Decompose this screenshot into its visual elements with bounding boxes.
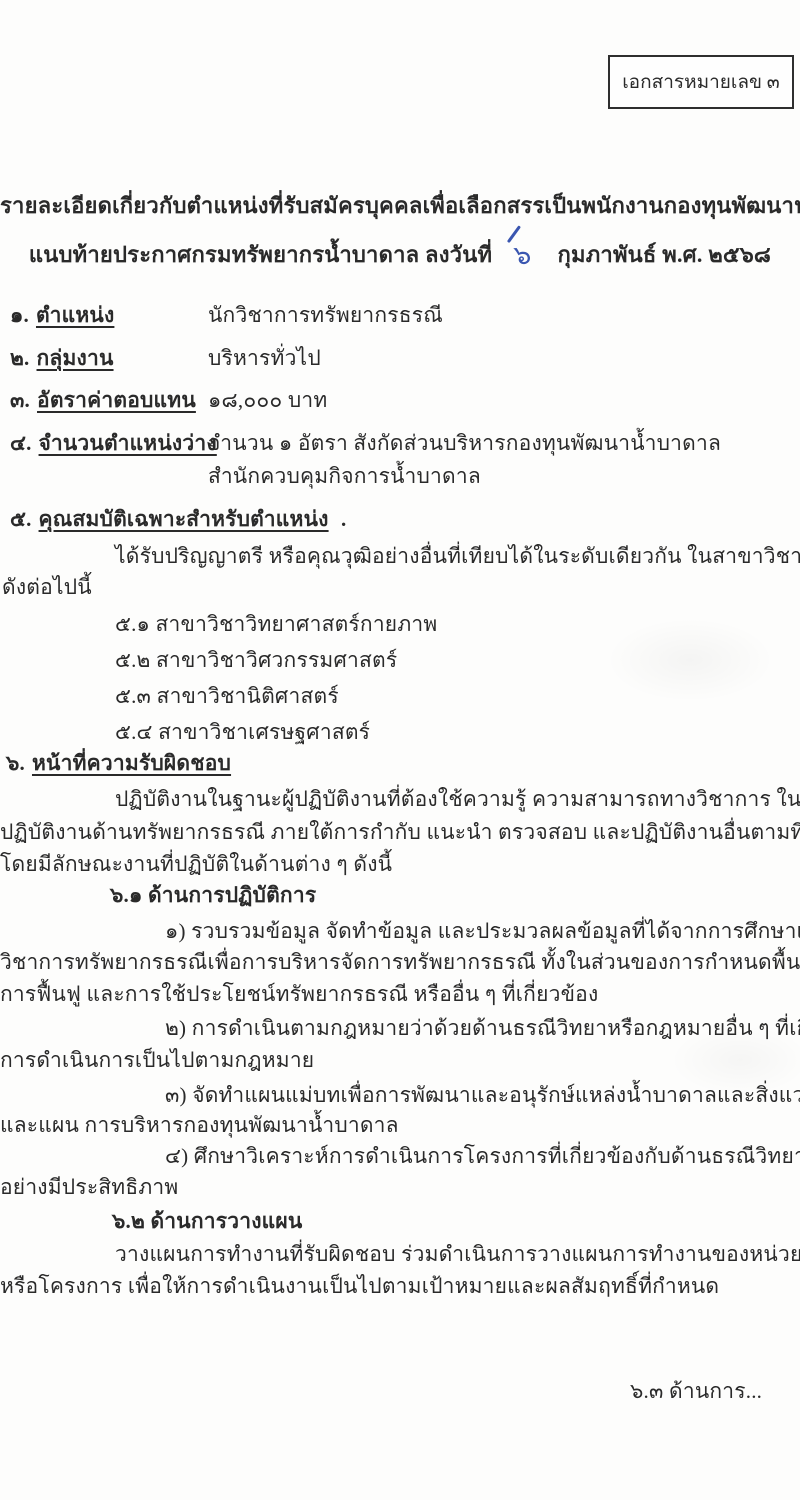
section6-label: หน้าที่ความรับผิดชอบ	[32, 751, 231, 775]
planning-line1: วางแผนการทำงานที่รับผิดชอบ ร่วมดำเนินการ…	[115, 1241, 800, 1268]
field-row-workgroup: ๒.กลุ่มงาน บริหารทั่วไป	[10, 345, 114, 372]
document-number-box: เอกสารหมายเลข ๓	[608, 55, 794, 109]
field-value-workgroup: บริหารทั่วไป	[208, 345, 321, 372]
field-label-salary: อัตราค่าตอบแทน	[37, 388, 196, 412]
section-number: ๖.	[6, 751, 25, 775]
section5-label-suffix: .	[341, 507, 346, 531]
major-item-3: ๕.๓ สาขาวิชานิติศาสตร์	[115, 683, 339, 710]
section6-intro-line3: โดยมีลักษณะงานที่ปฏิบัติในด้านต่าง ๆ ดัง…	[0, 851, 392, 878]
major-item-4: ๕.๔ สาขาวิชาเศรษฐศาสตร์	[115, 719, 370, 746]
field-row-salary: ๓.อัตราค่าตอบแทน ๑๘,๐๐๐ บาท	[10, 387, 196, 414]
major-item-2: ๕.๒ สาขาวิชาวิศวกรรมศาสตร์	[115, 647, 397, 674]
section6-heading: ๖.หน้าที่ความรับผิดชอบ	[6, 750, 231, 777]
field-number: ๓.	[10, 388, 30, 412]
section6-1-heading: ๖.๑ ด้านการปฏิบัติการ	[110, 882, 316, 909]
field-number: ๑.	[10, 303, 29, 327]
subtitle-suffix: กุมภาพันธ์ พ.ศ. ๒๕๖๘	[558, 242, 772, 267]
page-title: รายละเอียดเกี่ยวกับตำแหน่งที่รับสมัครบุค…	[0, 192, 800, 219]
section5-intro-line2: ดังต่อไปนี้	[2, 574, 92, 601]
document-page: เอกสารหมายเลข ๓ รายละเอียดเกี่ยวกับตำแหน…	[0, 0, 800, 1500]
duty1-line1: ๑) รวบรวมข้อมูล จัดทำข้อมูล และประมวลผลข…	[165, 918, 800, 945]
field-value-vacancies: จำนวน ๑ อัตรา สังกัดส่วนบริหารกองทุนพัฒน…	[208, 430, 721, 457]
field-label-workgroup: กลุ่มงาน	[37, 346, 114, 370]
field-value-salary: ๑๘,๐๐๐ บาท	[208, 387, 327, 414]
section5-heading: ๕.คุณสมบัติเฉพาะสำหรับตำแหน่ง .	[10, 506, 347, 533]
field-label-vacancies: จำนวนตำแหน่งว่าง	[39, 431, 217, 455]
field-row-vacancies: ๔.จำนวนตำแหน่งว่าง จำนวน ๑ อัตรา สังกัดส…	[10, 430, 217, 457]
section-number: ๕.	[10, 507, 32, 531]
duty2-line1: ๒) การดำเนินตามกฎหมายว่าด้วยด้านธรณีวิทย…	[165, 1015, 800, 1042]
section6-intro-line1: ปฏิบัติงานในฐานะผู้ปฏิบัติงานที่ต้องใช้ค…	[115, 786, 800, 813]
duty3-line1: ๓) จัดทำแผนแม่บทเพื่อการพัฒนาและอนุรักษ์…	[165, 1082, 800, 1109]
section5-intro-line1: ได้รับปริญญาตรี หรือคุณวุฒิอย่างอื่นที่เ…	[115, 543, 800, 570]
page-subtitle: แนบท้ายประกาศกรมทรัพยากรน้ำบาดาล ลงวันที…	[0, 240, 800, 268]
field-number: ๔.	[10, 431, 32, 455]
field-value-position: นักวิชาการทรัพยากรธรณี	[208, 302, 443, 329]
handwritten-day: ๖	[513, 241, 533, 270]
page-continuation-marker: ๖.๓ ด้านการ...	[630, 1378, 762, 1405]
major-item-1: ๕.๑ สาขาวิชาวิทยาศาสตร์กายภาพ	[115, 611, 437, 638]
duty1-line2: วิชาการทรัพยากรธรณีเพื่อการบริหารจัดการท…	[0, 949, 800, 976]
duty3-line2: และแผน การบริหารกองทุนพัฒนาน้ำบาดาล	[0, 1112, 399, 1139]
duty2-line2: การดำเนินการเป็นไปตามกฎหมาย	[0, 1047, 314, 1074]
field-row-position: ๑.ตำแหน่ง นักวิชาการทรัพยากรธรณี	[10, 302, 114, 329]
subtitle-prefix: แนบท้ายประกาศกรมทรัพยากรน้ำบาดาล ลงวันที…	[29, 242, 492, 267]
field-value-vacancies-line2: สำนักควบคุมกิจการน้ำบาดาล	[208, 463, 481, 490]
duty4-line1: ๔) ศึกษาวิเคราะห์การดำเนินการโครงการที่เ…	[165, 1143, 800, 1170]
document-number-label: เอกสารหมายเลข ๓	[622, 67, 780, 97]
duty1-line3: การฟื้นฟู และการใช้ประโยชน์ทรัพยากรธรณี …	[0, 981, 598, 1008]
section6-2-heading: ๖.๒ ด้านการวางแผน	[112, 1208, 302, 1235]
planning-line2: หรือโครงการ เพื่อให้การดำเนินงานเป็นไปตา…	[0, 1273, 719, 1300]
section5-label: คุณสมบัติเฉพาะสำหรับตำแหน่ง	[39, 507, 329, 531]
field-number: ๒.	[10, 346, 30, 370]
section6-intro-line2: ปฏิบัติงานด้านทรัพยากรธรณี ภายใต้การกำกั…	[0, 819, 800, 846]
duty4-line2: อย่างมีประสิทธิภาพ	[0, 1174, 178, 1201]
field-label-position: ตำแหน่ง	[36, 303, 114, 327]
